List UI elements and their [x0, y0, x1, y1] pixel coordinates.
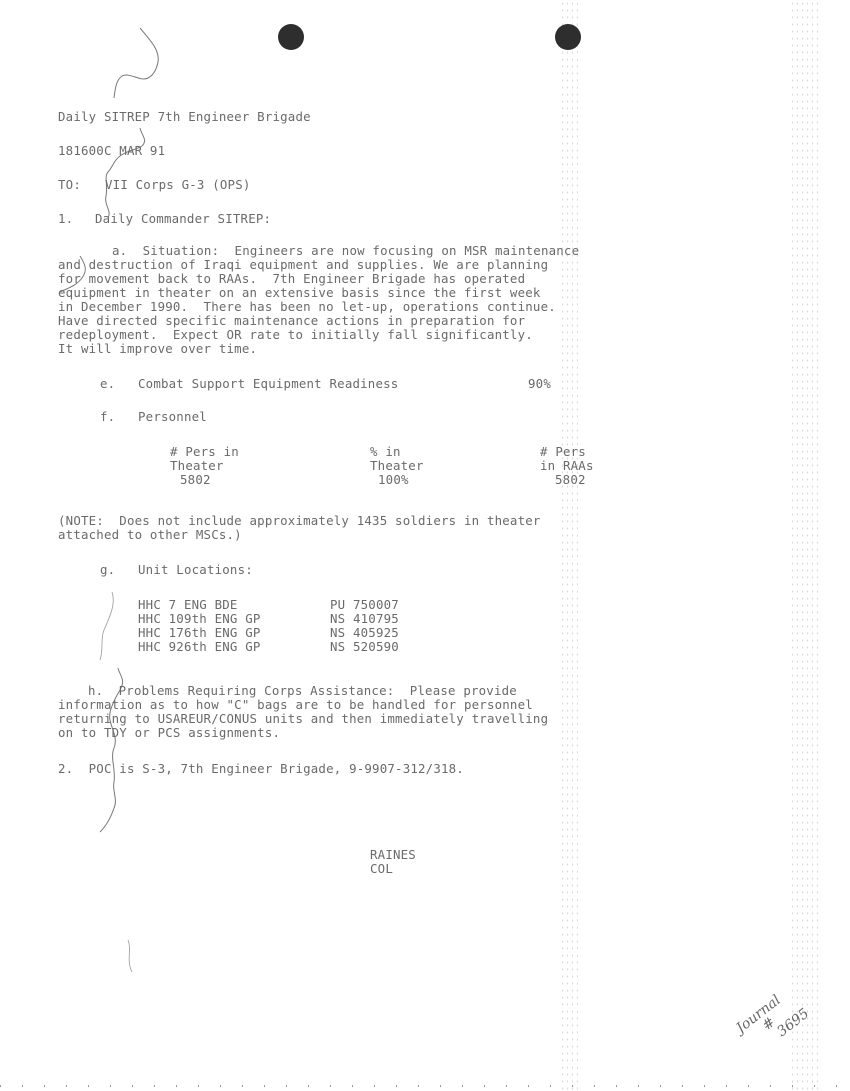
- section-1-number: 1.: [58, 212, 73, 226]
- column-header: in RAAs: [540, 459, 594, 473]
- document-title: Daily SITREP 7th Engineer Brigade: [58, 110, 311, 124]
- note-line-1: (NOTE: Does not include approximately 14…: [58, 514, 541, 528]
- table-cell: 100%: [378, 473, 409, 487]
- note-line-2: attached to other MSCs.): [58, 528, 242, 542]
- table-cell: 5802: [555, 473, 586, 487]
- paragraph-line: returning to USAREUR/CONUS units and the…: [58, 712, 548, 726]
- item-f-text: Personnel: [138, 410, 207, 424]
- column-header: Theater: [170, 459, 224, 473]
- paragraph-line: information as to how "C" bags are to be…: [58, 698, 533, 712]
- signature-rank: COL: [370, 862, 393, 876]
- readiness-value: 90%: [528, 377, 551, 391]
- grid-reference: PU 750007: [330, 598, 399, 612]
- paragraph-line: on to TDY or PCS assignments.: [58, 726, 280, 740]
- to-label: TO:: [58, 178, 81, 192]
- list-item: HHC 926th ENG GP: [138, 640, 261, 654]
- list-item: HHC 7 ENG BDE: [138, 598, 238, 612]
- to-recipient: VII Corps G-3 (OPS): [105, 178, 251, 192]
- table-cell: 5802: [180, 473, 211, 487]
- paragraph-line: a. Situation: Engineers are now focusing…: [112, 244, 579, 258]
- scan-edge-marks: [0, 1085, 850, 1087]
- grid-reference: NS 520590: [330, 640, 399, 654]
- paragraph-line: It will improve over time.: [58, 342, 257, 356]
- item-e-label: e.: [100, 377, 115, 391]
- document-page: Daily SITREP 7th Engineer Brigade 181600…: [0, 0, 850, 1091]
- paragraph-line: in December 1990. There has been no let-…: [58, 300, 556, 314]
- column-header: # Pers: [540, 445, 586, 459]
- column-header: Theater: [370, 459, 424, 473]
- date-time-group: 181600C MAR 91: [58, 144, 165, 158]
- grid-reference: NS 405925: [330, 626, 399, 640]
- section-2-poc: 2. POC is S-3, 7th Engineer Brigade, 9-9…: [58, 762, 464, 776]
- paragraph-line: equipment in theater on an extensive bas…: [58, 286, 541, 300]
- section-1-heading: Daily Commander SITREP:: [95, 212, 271, 226]
- item-e-text: Combat Support Equipment Readiness: [138, 377, 398, 391]
- list-item: HHC 176th ENG GP: [138, 626, 261, 640]
- column-header: % in: [370, 445, 401, 459]
- paragraph-line: redeployment. Expect OR rate to initiall…: [58, 328, 533, 342]
- grid-reference: NS 410795: [330, 612, 399, 626]
- signature-name: RAINES: [370, 848, 416, 862]
- paragraph-line: for movement back to RAAs. 7th Engineer …: [58, 272, 525, 286]
- item-g-text: Unit Locations:: [138, 563, 253, 577]
- item-f-label: f.: [100, 410, 115, 424]
- paragraph-line: and destruction of Iraqi equipment and s…: [58, 258, 548, 272]
- paragraph-line: h. Problems Requiring Corps Assistance: …: [88, 684, 517, 698]
- hand-drawn-bracket-icon: [0, 0, 850, 1091]
- column-header: # Pers in: [170, 445, 239, 459]
- paragraph-line: Have directed specific maintenance actio…: [58, 314, 525, 328]
- item-g-label: g.: [100, 563, 115, 577]
- list-item: HHC 109th ENG GP: [138, 612, 261, 626]
